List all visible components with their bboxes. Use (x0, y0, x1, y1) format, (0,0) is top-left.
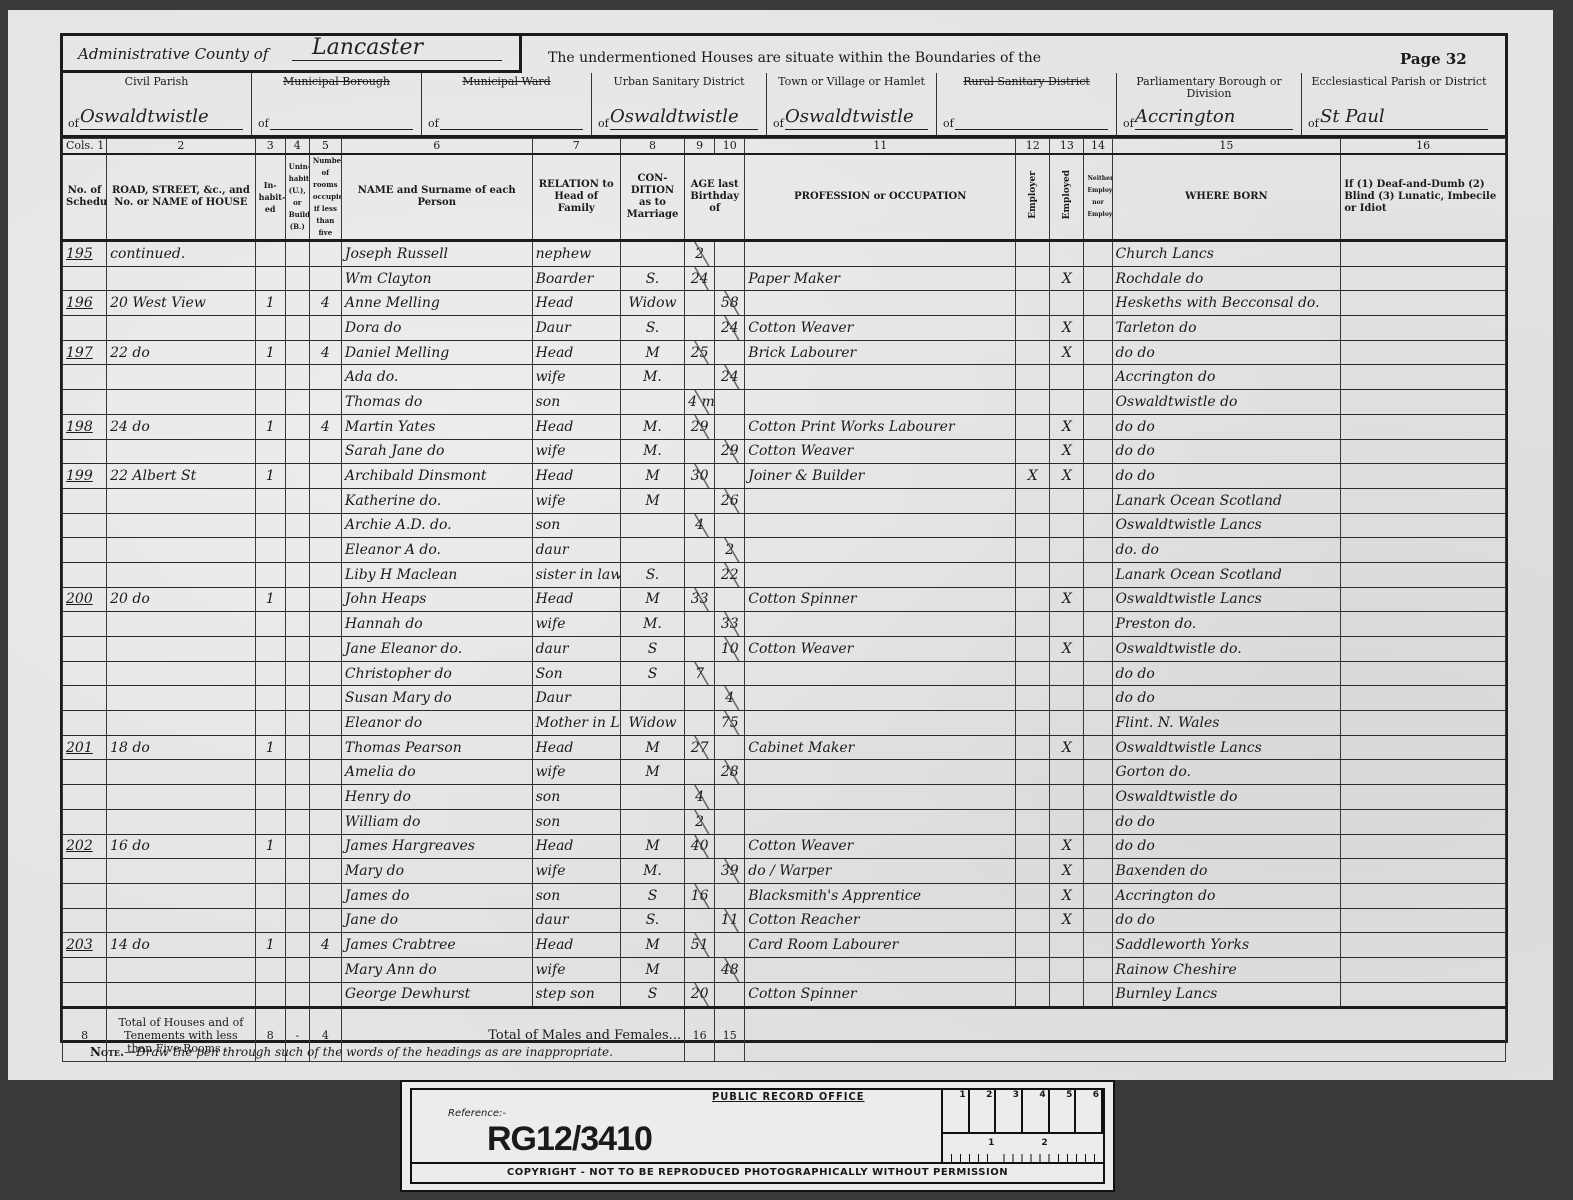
employer-mark (1016, 735, 1050, 760)
rooms (309, 241, 341, 267)
person-name: Liby H Maclean (341, 562, 532, 587)
inhabited (255, 711, 285, 736)
uninhabited (285, 933, 309, 958)
column-number: 7 (532, 139, 620, 155)
relation: wife (532, 488, 620, 513)
birthplace: Accrington do (1112, 365, 1341, 390)
neither-mark (1084, 760, 1112, 785)
age-female: 4 (715, 686, 745, 711)
employed-mark (1050, 711, 1084, 736)
header-occupation: PROFESSION or OCCUPATION (745, 154, 1016, 241)
employed-mark (1050, 390, 1084, 415)
condition: M (620, 488, 684, 513)
house-address: 22 Albert St (107, 464, 256, 489)
age-female (715, 809, 745, 834)
relation: Head (532, 834, 620, 859)
occupation: Cotton Weaver (745, 316, 1016, 341)
house-address: 20 do (107, 587, 256, 612)
employed-mark: X (1050, 735, 1084, 760)
birthplace: Rainow Cheshire (1112, 957, 1341, 982)
condition (620, 513, 684, 538)
schedule-number: 199 (63, 464, 107, 489)
infirmity (1341, 612, 1506, 637)
employer-mark (1016, 686, 1050, 711)
age-female: 2 (715, 538, 745, 563)
rooms: 4 (309, 414, 341, 439)
employer-mark (1016, 488, 1050, 513)
neither-mark (1084, 661, 1112, 686)
relation: Daur (532, 316, 620, 341)
inhabited (255, 883, 285, 908)
district-value: Oswaldtwistle (610, 105, 758, 130)
relation: wife (532, 859, 620, 884)
birthplace: Preston do. (1112, 612, 1341, 637)
employer-mark (1016, 439, 1050, 464)
inhabited: 1 (255, 291, 285, 316)
schedule-number (63, 711, 107, 736)
employed-mark (1050, 760, 1084, 785)
house-address (107, 513, 256, 538)
rooms (309, 859, 341, 884)
occupation: Cabinet Maker (745, 735, 1016, 760)
infirmity (1341, 686, 1506, 711)
birthplace: Rochdale do (1112, 266, 1341, 291)
age-female (715, 513, 745, 538)
age-female: 39 (715, 859, 745, 884)
district-value: Accrington (1135, 105, 1293, 130)
rooms (309, 711, 341, 736)
house-address (107, 488, 256, 513)
ruler-inch-mark: 1 (943, 1126, 996, 1164)
relation: wife (532, 957, 620, 982)
district-of: of (598, 117, 609, 130)
header-relation: RELATION to Head of Family (532, 154, 620, 241)
infirmity (1341, 883, 1506, 908)
infirmity (1341, 241, 1506, 267)
house-address (107, 982, 256, 1008)
district-of: of (1123, 117, 1134, 130)
infirmity (1341, 488, 1506, 513)
neither-mark (1084, 859, 1112, 884)
employed-mark (1050, 538, 1084, 563)
house-address (107, 266, 256, 291)
uninhabited (285, 735, 309, 760)
district-of: of (773, 117, 784, 130)
inhabited (255, 538, 285, 563)
uninhabited (285, 538, 309, 563)
age-female: 29 (715, 439, 745, 464)
schedule-number (63, 785, 107, 810)
rooms (309, 464, 341, 489)
infirmity (1341, 735, 1506, 760)
occupation (745, 538, 1016, 563)
employer-mark (1016, 587, 1050, 612)
table-row: 20216 do1James HargreavesHeadM40Cotton W… (63, 834, 1506, 859)
district-value (955, 105, 1108, 130)
infirmity (1341, 587, 1506, 612)
employer-mark (1016, 390, 1050, 415)
condition: M (620, 587, 684, 612)
reference-label: Reference:- (448, 1108, 506, 1119)
relation: son (532, 809, 620, 834)
inhabited (255, 316, 285, 341)
uninhabited (285, 316, 309, 341)
age-male (685, 365, 715, 390)
person-name: Joseph Russell (341, 241, 532, 267)
page-number: Page 32 (1400, 50, 1467, 68)
rooms (309, 439, 341, 464)
birthplace: Oswaldtwistle do (1112, 785, 1341, 810)
neither-mark (1084, 711, 1112, 736)
person-name: Mary do (341, 859, 532, 884)
reference-inner: PUBLIC RECORD OFFICE Reference:- RG12/34… (410, 1088, 1105, 1184)
schedule-number: 202 (63, 834, 107, 859)
condition: M. (620, 439, 684, 464)
occupation (745, 612, 1016, 637)
occupation (745, 809, 1016, 834)
age-male (685, 612, 715, 637)
house-address (107, 957, 256, 982)
relation: Daur (532, 686, 620, 711)
birthplace: do. do (1112, 538, 1341, 563)
column-numbers: Cols. 12345678910111213141516 (63, 139, 1506, 155)
house-address (107, 883, 256, 908)
employer-mark (1016, 612, 1050, 637)
employed-mark (1050, 612, 1084, 637)
house-address (107, 538, 256, 563)
schedule-number (63, 513, 107, 538)
rooms (309, 785, 341, 810)
rooms (309, 562, 341, 587)
birthplace: Oswaldtwistle Lancs (1112, 735, 1341, 760)
neither-mark (1084, 637, 1112, 662)
occupation: Cotton Weaver (745, 834, 1016, 859)
header-neither: Neither Employer nor Employed (1084, 154, 1112, 241)
age-male: 20 (685, 982, 715, 1008)
schedule-number (63, 365, 107, 390)
relation: daur (532, 908, 620, 933)
table-row: Ada do.wifeM.24Accrington do (63, 365, 1506, 390)
infirmity (1341, 365, 1506, 390)
person-name: Archibald Dinsmont (341, 464, 532, 489)
inhabited (255, 686, 285, 711)
age-male: 27 (685, 735, 715, 760)
condition: S. (620, 316, 684, 341)
birthplace: do do (1112, 908, 1341, 933)
condition: S (620, 637, 684, 662)
infirmity (1341, 414, 1506, 439)
person-name: Anne Melling (341, 291, 532, 316)
house-address (107, 637, 256, 662)
district-6: Parliamentary Borough or DivisionofAccri… (1117, 73, 1302, 135)
infirmity (1341, 957, 1506, 982)
condition: S. (620, 562, 684, 587)
rooms: 4 (309, 340, 341, 365)
employed-mark: X (1050, 883, 1084, 908)
house-address: 14 do (107, 933, 256, 958)
table-row: Dora doDaurS.24Cotton WeaverXTarleton do (63, 316, 1506, 341)
district-3: Urban Sanitary DistrictofOswaldtwistle (592, 73, 767, 135)
neither-mark (1084, 390, 1112, 415)
house-address: 18 do (107, 735, 256, 760)
relation: wife (532, 760, 620, 785)
neither-mark (1084, 982, 1112, 1008)
district-of: of (68, 117, 79, 130)
schedule-number (63, 439, 107, 464)
neither-mark (1084, 538, 1112, 563)
schedule-number: 195 (63, 241, 107, 267)
district-of: of (1308, 117, 1319, 130)
uninhabited (285, 785, 309, 810)
birthplace: Lanark Ocean Scotland (1112, 488, 1341, 513)
age-male (685, 488, 715, 513)
occupation (745, 711, 1016, 736)
employer-mark (1016, 908, 1050, 933)
inhabited (255, 982, 285, 1008)
inhabited (255, 488, 285, 513)
birthplace: Tarleton do (1112, 316, 1341, 341)
uninhabited (285, 439, 309, 464)
employed-mark: X (1050, 859, 1084, 884)
schedule-number (63, 982, 107, 1008)
rooms (309, 488, 341, 513)
person-name: Jane Eleanor do. (341, 637, 532, 662)
occupation: Cotton Spinner (745, 982, 1016, 1008)
occupation (745, 291, 1016, 316)
column-number: 10 (715, 139, 745, 155)
employed-mark (1050, 957, 1084, 982)
age-female (715, 883, 745, 908)
neither-mark (1084, 439, 1112, 464)
person-name: Amelia do (341, 760, 532, 785)
district-7: Ecclesiastical Parish or DistrictofSt Pa… (1302, 73, 1496, 135)
employed-mark (1050, 488, 1084, 513)
age-male: 30 (685, 464, 715, 489)
employed-mark (1050, 982, 1084, 1008)
infirmity (1341, 538, 1506, 563)
column-number: 15 (1112, 139, 1341, 155)
table-row: 19824 do14Martin YatesHeadM.29Cotton Pri… (63, 414, 1506, 439)
employed-mark: X (1050, 464, 1084, 489)
house-address (107, 711, 256, 736)
table-row: 20020 do1John HeapsHeadM33Cotton Spinner… (63, 587, 1506, 612)
uninhabited (285, 883, 309, 908)
person-name: Wm Clayton (341, 266, 532, 291)
employer-mark (1016, 316, 1050, 341)
employed-mark (1050, 241, 1084, 267)
employer-mark (1016, 562, 1050, 587)
age-male: 4 (685, 785, 715, 810)
house-address: 22 do (107, 340, 256, 365)
schedule-number (63, 661, 107, 686)
district-label: Town or Village or Hamlet (767, 76, 936, 88)
relation: son (532, 390, 620, 415)
relation: Son (532, 661, 620, 686)
header-age: AGE last Birthday of (685, 154, 745, 241)
occupation: Cotton Reacher (745, 908, 1016, 933)
employer-mark: X (1016, 464, 1050, 489)
inhabited: 1 (255, 340, 285, 365)
relation: son (532, 513, 620, 538)
house-address (107, 612, 256, 637)
birthplace: Oswaldtwistle do. (1112, 637, 1341, 662)
inhabited: 1 (255, 414, 285, 439)
age-female: 28 (715, 760, 745, 785)
district-0: Civil ParishofOswaldtwistle (62, 73, 252, 135)
occupation: Paper Maker (745, 266, 1016, 291)
occupation (745, 365, 1016, 390)
neither-mark (1084, 241, 1112, 267)
house-address: 24 do (107, 414, 256, 439)
uninhabited (285, 414, 309, 439)
age-female (715, 661, 745, 686)
relation: Mother in Law (532, 711, 620, 736)
uninhabited (285, 809, 309, 834)
person-name: Katherine do. (341, 488, 532, 513)
occupation: Cotton Weaver (745, 637, 1016, 662)
age-male: 2 (685, 809, 715, 834)
relation: Head (532, 587, 620, 612)
column-number: 4 (285, 139, 309, 155)
copyright-notice: COPYRIGHT - NOT TO BE REPRODUCED PHOTOGR… (412, 1162, 1103, 1182)
relation: daur (532, 538, 620, 563)
infirmity (1341, 316, 1506, 341)
house-address (107, 661, 256, 686)
age-male: 16 (685, 883, 715, 908)
condition (620, 241, 684, 267)
district-value: Oswaldtwistle (80, 105, 243, 130)
header-road: ROAD, STREET, &c., and No. or NAME of HO… (107, 154, 256, 241)
neither-mark (1084, 340, 1112, 365)
age-male (685, 637, 715, 662)
column-number: 12 (1016, 139, 1050, 155)
total-males: 16 (685, 1008, 715, 1062)
occupation: Blacksmith's Apprentice (745, 883, 1016, 908)
uninhabited (285, 760, 309, 785)
rooms (309, 957, 341, 982)
header-name: NAME and Surname of each Person (341, 154, 532, 241)
rooms (309, 834, 341, 859)
note-text: —Draw the pen through such of the words … (124, 1045, 613, 1059)
occupation (745, 760, 1016, 785)
table-row: Thomas doson4 moOswaldtwistle do (63, 390, 1506, 415)
neither-mark (1084, 834, 1112, 859)
rooms (309, 809, 341, 834)
age-female (715, 266, 745, 291)
infirmity (1341, 439, 1506, 464)
record-office-label: PUBLIC RECORD OFFICE (712, 1090, 865, 1103)
infirmity (1341, 859, 1506, 884)
condition: M (620, 735, 684, 760)
infirmity (1341, 513, 1506, 538)
occupation (745, 513, 1016, 538)
district-value (440, 105, 583, 130)
district-label: Urban Sanitary District (592, 76, 766, 88)
neither-mark (1084, 908, 1112, 933)
neither-mark (1084, 316, 1112, 341)
age-male (685, 316, 715, 341)
column-number: Cols. 1 (63, 139, 107, 155)
schedule-number (63, 908, 107, 933)
table-row: Susan Mary doDaur4do do (63, 686, 1506, 711)
district-1: Municipal Boroughof (252, 73, 422, 135)
birthplace: Oswaldtwistle Lancs (1112, 587, 1341, 612)
uninhabited (285, 711, 309, 736)
relation: Head (532, 735, 620, 760)
schedule-number: 196 (63, 291, 107, 316)
condition: M. (620, 859, 684, 884)
employer-mark (1016, 266, 1050, 291)
schedule-number (63, 316, 107, 341)
house-address (107, 859, 256, 884)
birthplace: Gorton do. (1112, 760, 1341, 785)
table-row: George Dewhurststep sonS20Cotton Spinner… (63, 982, 1506, 1008)
column-number: 5 (309, 139, 341, 155)
neither-mark (1084, 291, 1112, 316)
person-name: Hannah do (341, 612, 532, 637)
infirmity (1341, 711, 1506, 736)
occupation (745, 785, 1016, 810)
uninhabited (285, 513, 309, 538)
employer-mark (1016, 414, 1050, 439)
infirmity (1341, 340, 1506, 365)
district-2: Municipal Wardof (422, 73, 592, 135)
neither-mark (1084, 562, 1112, 587)
header-employer-label: Employer (1027, 171, 1039, 219)
census-table: Cols. 12345678910111213141516 No. of Sch… (62, 138, 1506, 1062)
rooms (309, 390, 341, 415)
scale-ruler: 123456 12 (941, 1090, 1103, 1164)
birthplace: Baxenden do (1112, 859, 1341, 884)
column-number: 9 (685, 139, 715, 155)
age-male (685, 538, 715, 563)
age-male: 4 (685, 513, 715, 538)
ruler-inch-mark (1050, 1126, 1103, 1164)
neither-mark (1084, 612, 1112, 637)
schedule-number (63, 809, 107, 834)
employer-mark (1016, 883, 1050, 908)
infirmity (1341, 933, 1506, 958)
district-label: Rural Sanitary District (937, 76, 1116, 88)
schedule-number: 201 (63, 735, 107, 760)
person-name: Dora do (341, 316, 532, 341)
employer-mark (1016, 661, 1050, 686)
condition: M. (620, 414, 684, 439)
rooms (309, 661, 341, 686)
infirmity (1341, 908, 1506, 933)
person-name: Henry do (341, 785, 532, 810)
schedule-number (63, 488, 107, 513)
column-headers: No. of Schedule ROAD, STREET, &c., and N… (63, 154, 1506, 241)
age-female (715, 933, 745, 958)
rooms: 4 (309, 933, 341, 958)
inhabited (255, 390, 285, 415)
infirmity (1341, 266, 1506, 291)
column-number: 8 (620, 139, 684, 155)
birthplace: do do (1112, 414, 1341, 439)
employed-mark: X (1050, 414, 1084, 439)
person-name: James Crabtree (341, 933, 532, 958)
table-row: Mary Ann dowifeM48Rainow Cheshire (63, 957, 1506, 982)
condition: M (620, 464, 684, 489)
rooms (309, 266, 341, 291)
employer-mark (1016, 365, 1050, 390)
inhabited (255, 908, 285, 933)
header-age-label: AGE last Birthday of (690, 179, 739, 214)
rooms (309, 612, 341, 637)
age-female: 33 (715, 612, 745, 637)
neither-mark (1084, 785, 1112, 810)
